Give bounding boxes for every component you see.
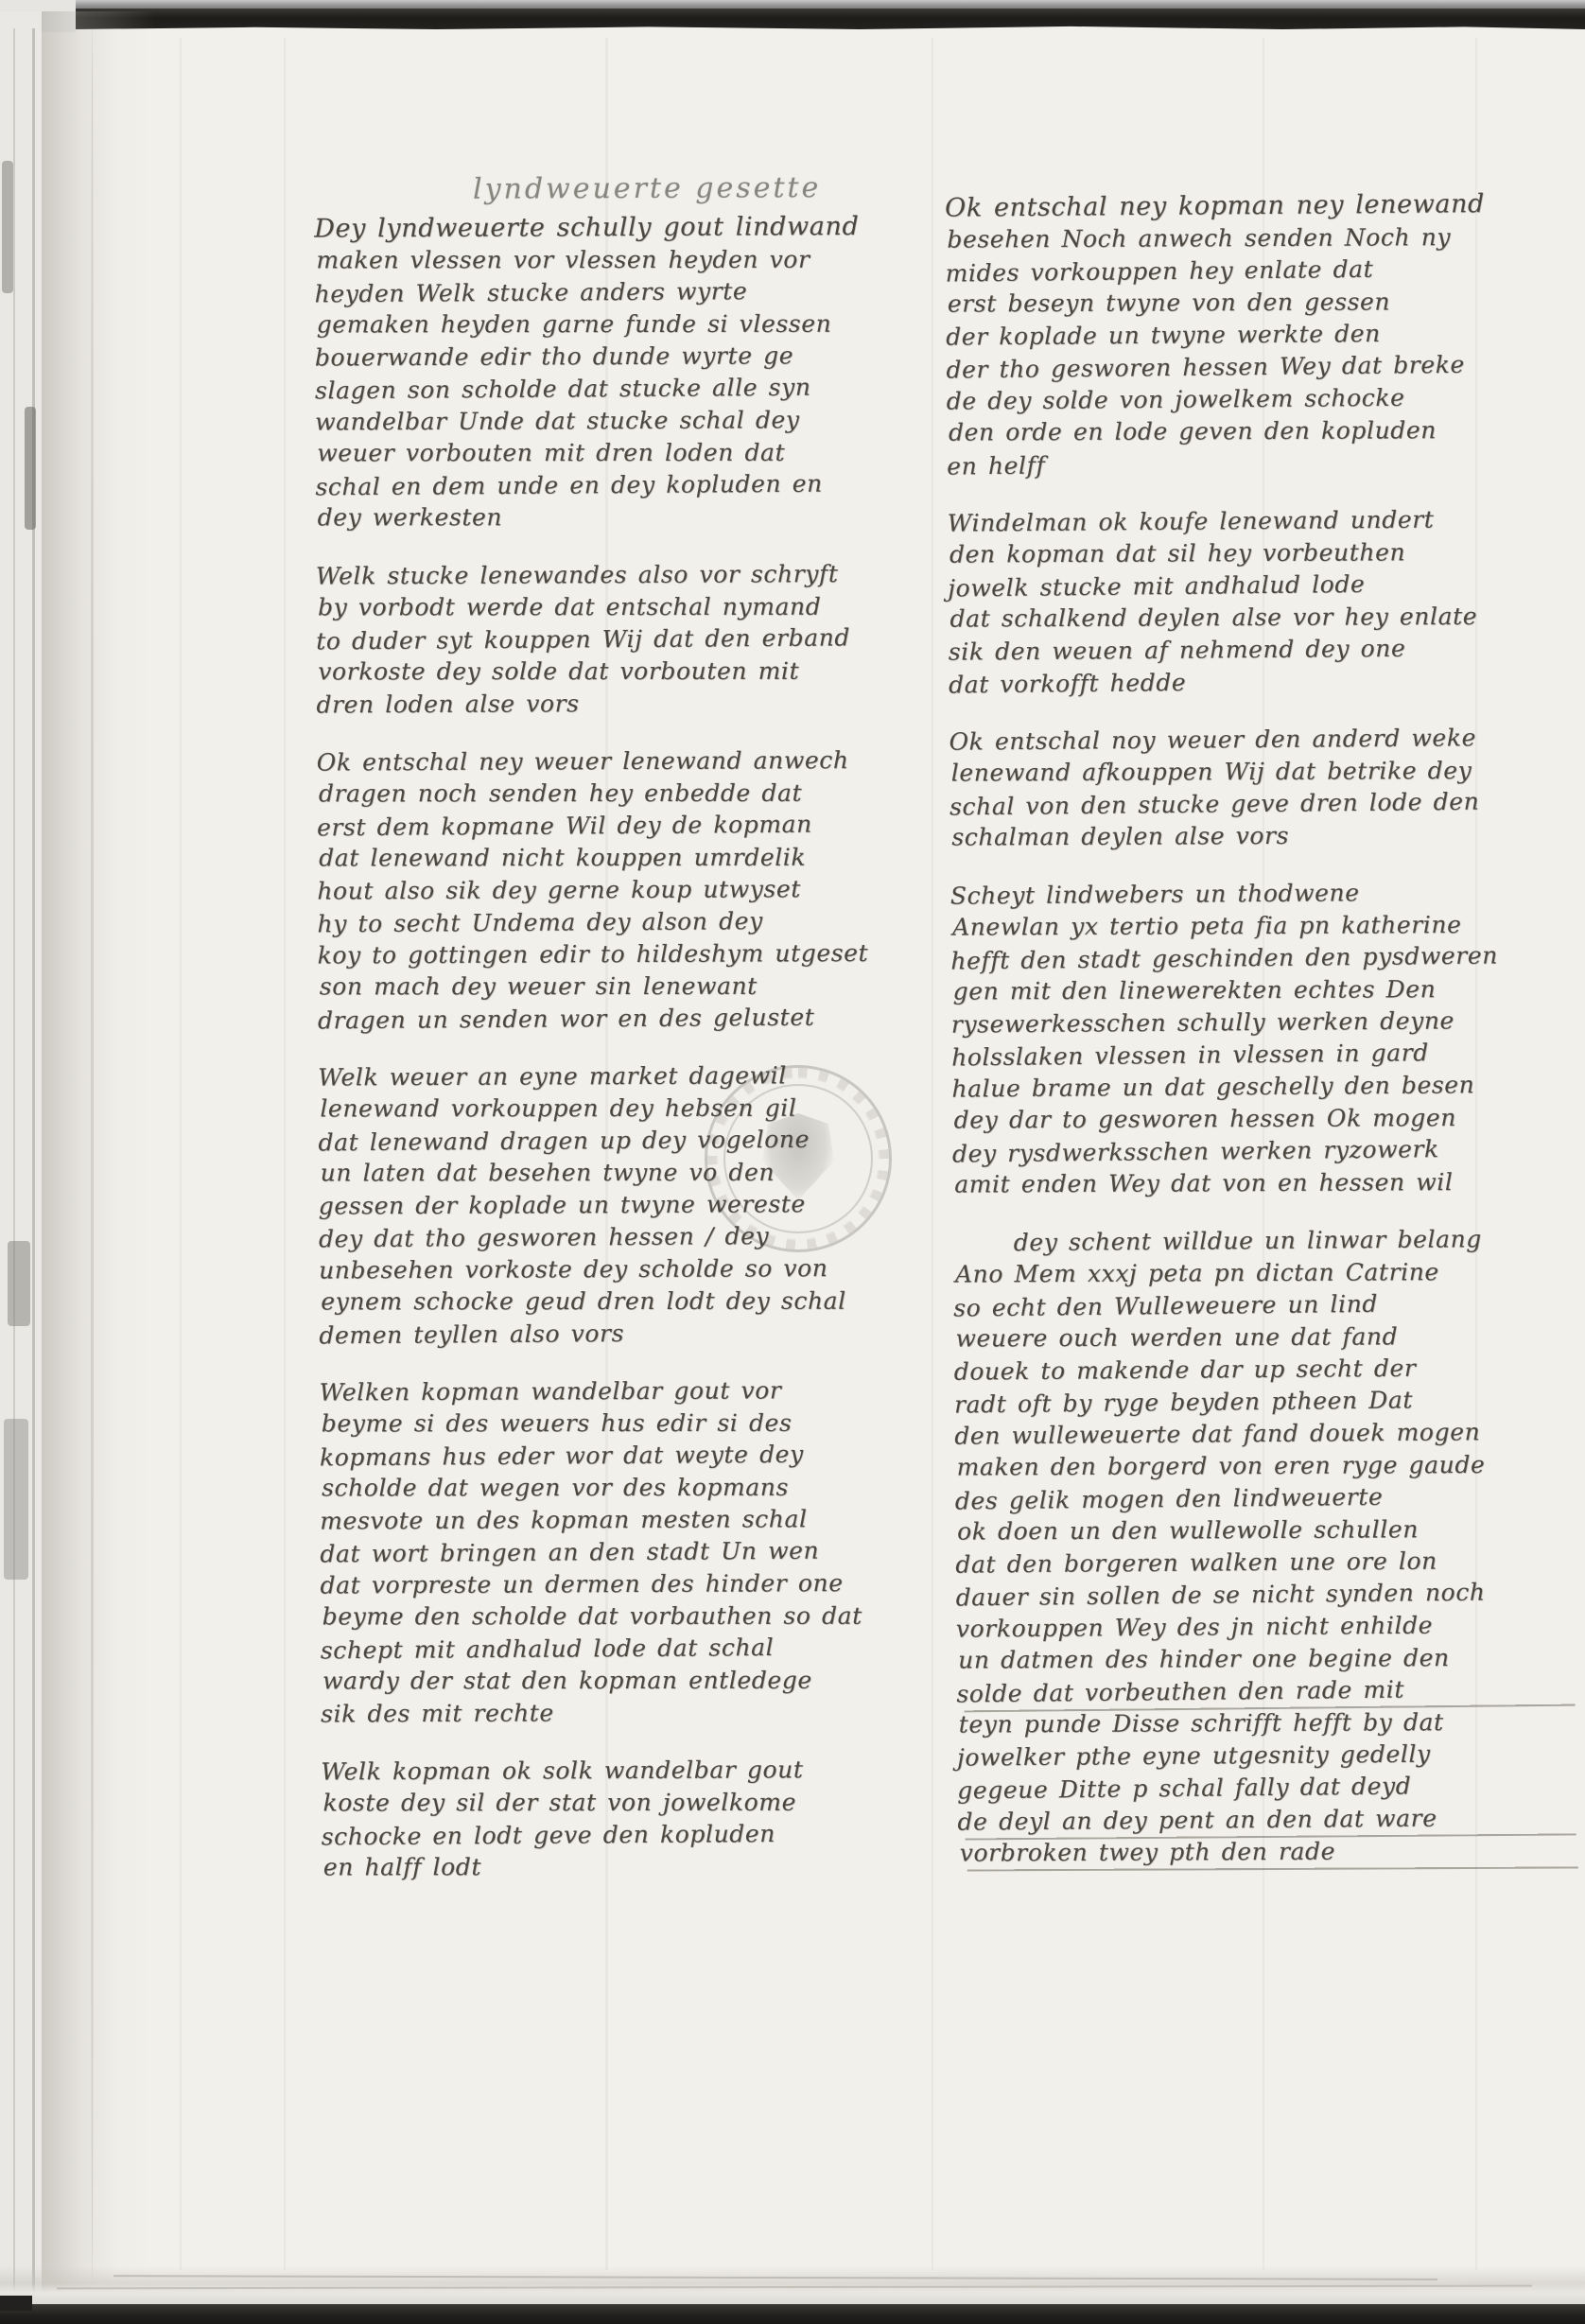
manuscript-line: gemaken heyden garne funde si vlessen <box>317 308 952 341</box>
manuscript-line: un laten dat besehen twyne vo den <box>321 1157 956 1190</box>
manuscript-paragraph: Ok entschal noy weuer den anderd wekelen… <box>949 721 1576 854</box>
left-text-column: lyndweuerte gesette Dey lyndweuerte schu… <box>314 171 957 1911</box>
manuscript-line: Welk stucke lenewandes also vor schryft <box>316 558 951 593</box>
paper-deckle-edge <box>91 28 94 2280</box>
manuscript-line: demen teyllen also vors <box>319 1316 954 1353</box>
manuscript-line: dragen un senden wor en des gelustet <box>318 1001 953 1038</box>
manuscript-line: schal von den stucke geve dren lode den <box>949 785 1576 824</box>
manuscript-line: scholde dat wegen vor des kopmans <box>322 1472 957 1505</box>
manuscript-line: lenewand vorkouppen dey hebsen gil <box>320 1092 955 1126</box>
manuscript-line: halue brame un dat geschelly den besen <box>951 1068 1577 1105</box>
manuscript-line: bouerwande edir tho dunde wyrte ge <box>315 340 950 375</box>
manuscript-line: weuere ouch werden une dat fand <box>955 1319 1581 1354</box>
bottom-left-shadow <box>0 2296 32 2311</box>
manuscript-line: by vorbodt werde dat entschal nymand <box>318 591 953 624</box>
manuscript-line: schalman deylen alse vors <box>951 818 1577 853</box>
manuscript-line: slagen son scholde dat stucke alle syn <box>315 371 950 408</box>
manuscript-paragraph: Dey lyndweuerte schully gout lindwandmak… <box>314 211 950 535</box>
manuscript-scan-page: lyndweuerte gesette Dey lyndweuerte schu… <box>0 0 1585 2324</box>
binding-gutter <box>0 11 42 2304</box>
manuscript-line: dat vorkofft hedde <box>949 663 1575 702</box>
manuscript-paragraph: Windelman ok koufe lenewand undertden ko… <box>948 502 1576 700</box>
manuscript-line: vorbroken twey pth den rade <box>960 1834 1585 1869</box>
paper-left-edge-shadow <box>42 11 155 2304</box>
manuscript-paragraph: Welk stucke lenewandes also vor schryftb… <box>316 558 952 722</box>
manuscript-line: dey rysdwerksschen werken ryzowerk <box>952 1132 1578 1171</box>
manuscript-line: dauer sin sollen de se nicht synden noch <box>955 1576 1581 1615</box>
manuscript-line: koy to gottingen edir to hildeshym utges… <box>318 937 953 972</box>
manuscript-line: erst dem kopmane Wil dey de kopman <box>317 808 952 845</box>
manuscript-line: kopmans hus eder wor dat weyte dey <box>320 1438 955 1475</box>
manuscript-line: unbesehen vorkoste dey scholde so von <box>319 1252 954 1287</box>
manuscript-paragraph: Ok entschal ney kopman ney lenewandbeseh… <box>945 187 1573 481</box>
manuscript-line: gegeue Ditte p schal fally dat deyd <box>957 1769 1583 1808</box>
manuscript-line: maken den borgerd von eren ryge gaude <box>956 1448 1582 1483</box>
manuscript-line: Windelman ok koufe lenewand undert <box>948 502 1574 539</box>
manuscript-line: lenewand afkouppen Wij dat betrike dey <box>951 754 1577 789</box>
manuscript-line: koste dey sil der stat von jowelkome <box>322 1787 958 1820</box>
page-bottom-dark-edge <box>0 2304 1585 2324</box>
manuscript-line: Dey lyndweuerte schully gout lindwand <box>314 211 949 246</box>
manuscript-line: wandelbar Unde dat stucke schal dey <box>315 404 950 439</box>
manuscript-line: de dey solde von jowelkem schocke <box>947 380 1573 417</box>
manuscript-line: erst beseyn twyne von den gessen <box>948 285 1574 320</box>
manuscript-line: dey schent willdue un linwar belang <box>953 1222 1579 1259</box>
manuscript-line: dragen noch senden hey enbedde dat <box>319 778 954 811</box>
manuscript-line: Anewlan yx tertio peta fia pn katherine <box>952 908 1578 943</box>
manuscript-line: son mach dey weuer sin lenewant <box>320 970 955 1004</box>
right-text-column: Ok entschal ney kopman ney lenewandbeseh… <box>945 187 1584 1896</box>
manuscript-line: Welk kopman ok solk wandelbar gout <box>321 1754 956 1789</box>
manuscript-line: Scheyt lindwebers un thodwene <box>950 875 1576 912</box>
left-paragraphs: Dey lyndweuerte schully gout lindwandmak… <box>314 211 957 1885</box>
manuscript-paragraph: Welken kopman wandelbar gout vorbeyme si… <box>320 1374 957 1731</box>
manuscript-line: besehen Noch anwech senden Noch ny <box>947 220 1573 255</box>
manuscript-line: en helff <box>947 445 1573 483</box>
manuscript-line: amit enden Wey dat von en hessen wil <box>954 1165 1580 1200</box>
manuscript-line: solde dat vorbeuthen den rade mit <box>956 1672 1582 1711</box>
manuscript-line: wardy der stat den kopman entledege <box>322 1665 958 1698</box>
manuscript-line: den wulleweuerte dat fand douek mogen <box>954 1415 1580 1452</box>
manuscript-line: dat lenewand dragen up dey vogelone <box>318 1123 953 1160</box>
right-paragraphs: Ok entschal ney kopman ney lenewandbeseh… <box>945 187 1584 1870</box>
page-top-dark-edge <box>74 9 1585 29</box>
manuscript-line: sik des mit rechte <box>321 1696 956 1731</box>
manuscript-line: Welken kopman wandelbar gout vor <box>320 1374 955 1409</box>
manuscript-line: der tho gesworen hessen Wey dat breke <box>946 348 1572 387</box>
manuscript-line: jowelk stucke mit andhalud lode <box>948 567 1574 605</box>
gutter-fold-line-2 <box>13 28 15 2298</box>
manuscript-line: beyme si des weuers hus edir si des <box>322 1407 957 1441</box>
manuscript-line: vorkoste dey solde dat vorbouten mit <box>318 655 953 689</box>
manuscript-line: dren loden alse vors <box>316 687 951 722</box>
gutter-fold-line <box>32 28 35 2298</box>
manuscript-paragraph: dey schent willdue un linwar belangAno M… <box>953 1222 1584 1870</box>
manuscript-line: gessen der koplade un twyne wereste <box>319 1188 954 1223</box>
paper-fold-streak <box>180 38 182 2270</box>
manuscript-line: eynem schocke geud dren lodt dey schal <box>321 1285 956 1319</box>
manuscript-line: weuer vorbouten mit dren loden dat <box>317 437 952 470</box>
paper-fold-streak <box>284 38 286 2270</box>
manuscript-line: vorkouppen Wey des jn nicht enhilde <box>956 1608 1582 1645</box>
gutter-stain <box>4 1419 28 1580</box>
manuscript-line: schocke en lodt geve den kopluden <box>322 1817 957 1854</box>
manuscript-line: hout also sik dey gerne koup utwyset <box>317 873 952 908</box>
manuscript-line: schept mit andhalud lode dat schal <box>321 1631 956 1668</box>
manuscript-line: den kopman dat sil hey vorbeuthen <box>949 535 1576 570</box>
manuscript-paragraph: Welk kopman ok solk wandelbar goutkoste … <box>321 1754 957 1885</box>
manuscript-line: radt oft by ryge beyden ptheen Dat <box>954 1383 1580 1422</box>
manuscript-line: dey dat tho gesworen hessen / dey <box>319 1219 954 1256</box>
manuscript-line: hy to secht Undema dey alson dey <box>317 904 952 941</box>
manuscript-line: dey werkesten <box>318 501 953 534</box>
manuscript-line: beyme den scholde dat vorbauthen so dat <box>322 1600 958 1634</box>
manuscript-line: to duder syt kouppen Wij dat den erband <box>316 621 951 658</box>
manuscript-line: de deyl an dey pent an den dat ware <box>957 1801 1583 1838</box>
manuscript-line: Ano Mem xxxj peta pn dictan Catrine <box>955 1255 1581 1290</box>
manuscript-line: dat wort bringen an den stadt Un wen <box>320 1534 955 1571</box>
manuscript-line: holsslaken vlessen in vlessen in gard <box>951 1036 1577 1075</box>
gutter-stain <box>8 1241 30 1326</box>
manuscript-line: so echt den Wulleweuere un lind <box>953 1286 1579 1325</box>
manuscript-paragraph: Welk weuer an eyne market dagewillenewan… <box>318 1059 954 1352</box>
manuscript-line: mesvote un des kopman mesten schal <box>320 1503 955 1538</box>
manuscript-line: teyn punde Disse schrifft hefft by dat <box>959 1705 1585 1740</box>
manuscript-line: dat lenewand nicht kouppen umrdelik <box>319 842 954 875</box>
manuscript-line: ok doen un den wullewolle schullen <box>957 1512 1583 1547</box>
manuscript-line: hefft den stadt geschinden den pysdweren <box>950 939 1576 978</box>
manuscript-line: des gelik mogen den lindweuerte <box>955 1479 1581 1518</box>
manuscript-line: Ok entschal noy weuer den anderd weke <box>949 721 1575 758</box>
manuscript-line: en halff lodt <box>323 1851 959 1884</box>
gutter-stain <box>25 407 36 530</box>
manuscript-line: den orde en lode geven den kopluden <box>949 413 1575 448</box>
manuscript-line: mides vorkouppen hey enlate dat <box>945 252 1571 290</box>
manuscript-line: dat vorpreste un dermen des hinder one <box>320 1567 955 1602</box>
manuscript-paragraph: Scheyt lindwebers un thodweneAnewlan yx … <box>950 875 1579 1201</box>
manuscript-line: Ok entschal ney weuer lenewand anwech <box>317 744 952 779</box>
manuscript-line: heyden Welk stucke anders wyrte <box>314 274 949 311</box>
gutter-stain <box>2 161 13 293</box>
manuscript-paragraph: Ok entschal ney weuer lenewand anwechdra… <box>317 744 953 1037</box>
manuscript-line: un datmen des hinder one begine den <box>958 1641 1584 1676</box>
manuscript-line: schal en dem unde en dey kopluden en <box>315 467 950 504</box>
manuscript-line: dat schalkend deylen alse vor hey enlate <box>949 600 1576 635</box>
manuscript-line: Welk weuer an eyne market dagewil <box>318 1059 953 1094</box>
manuscript-line: gen mit den linewerekten echtes Den <box>952 972 1578 1007</box>
page-heading: lyndweuerte gesette <box>314 171 949 214</box>
manuscript-line: dey dar to gesworen hessen Ok mogen <box>954 1101 1580 1136</box>
manuscript-line: maken vlessen vor vlessen heyden vor <box>316 244 951 277</box>
manuscript-line: Ok entschal ney kopman ney lenewand <box>945 187 1571 224</box>
